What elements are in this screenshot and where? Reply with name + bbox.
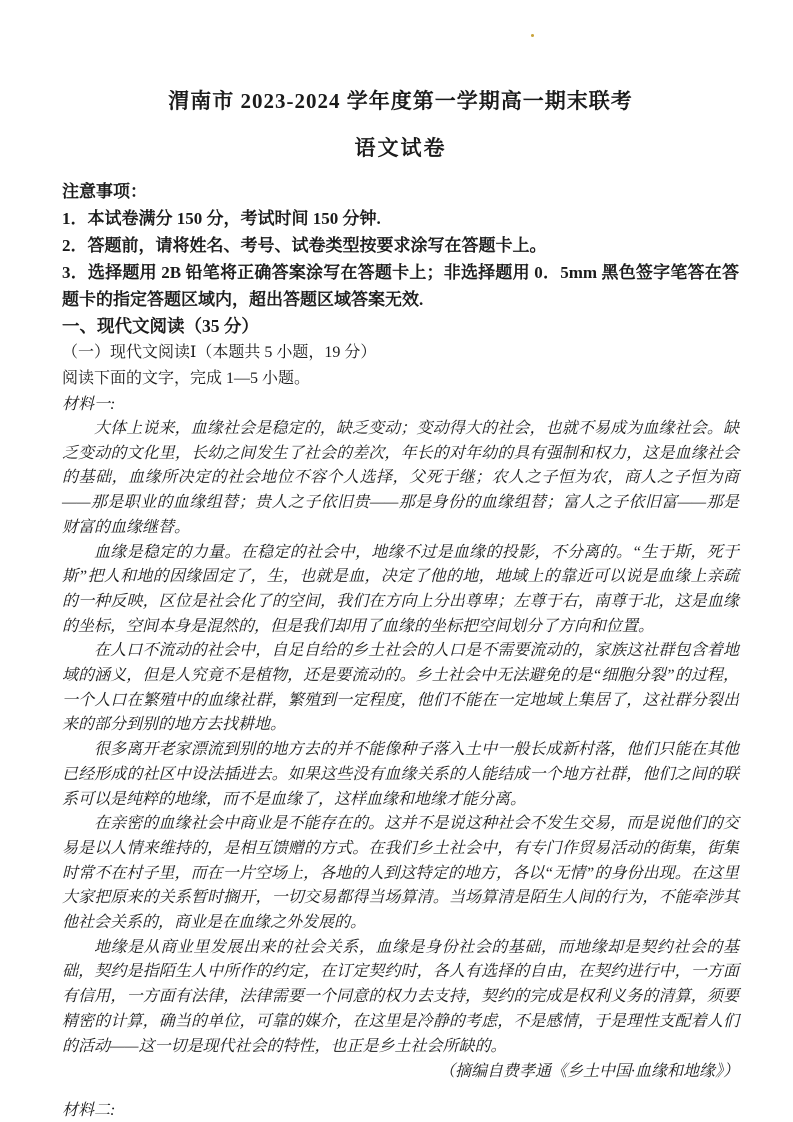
exam-subject-title: 语文试卷 <box>62 133 739 163</box>
exam-title: 渭南市 2023-2024 学年度第一学期高一期末联考 <box>62 86 739 116</box>
material-one-paragraph-5: 在亲密的血缘社会中商业是不能存在的。这并不是说这种社会不发生交易，而是说他们的交… <box>62 812 739 936</box>
exam-paper-page: 渭南市 2023-2024 学年度第一学期高一期末联考 语文试卷 注意事项： 1… <box>0 0 793 1122</box>
notice-block: 注意事项： 1．本试卷满分 150 分，考试时间 150 分钟. 2．答题前，请… <box>62 178 739 313</box>
notice-item-3: 3．选择题用 2B 铅笔将正确答案涂写在答题卡上；非选择题用 0．5mm 黑色签… <box>62 259 739 313</box>
material-one-paragraph-2: 血缘是稳定的力量。在稳定的社会中，地缘不过是血缘的投影，不分离的。“生于斯，死于… <box>62 541 739 640</box>
notice-heading: 注意事项： <box>62 178 739 205</box>
notice-item-1: 1．本试卷满分 150 分，考试时间 150 分钟. <box>62 205 739 232</box>
material-one-paragraph-3: 在人口不流动的社会中，自足自给的乡土社会的人口是不需要流动的，家族这社群包含着地… <box>62 639 739 738</box>
subsection-heading-reading-one: （一）现代文阅读Ⅰ（本题共 5 小题，19 分） <box>62 340 739 366</box>
source-attribution: （摘编自费孝通《乡土中国·血缘和地缘》） <box>62 1059 739 1084</box>
material-one-label: 材料一: <box>62 392 739 417</box>
section-heading-modern-reading: 一、现代文阅读（35 分） <box>62 313 739 340</box>
material-one-paragraph-4: 很多离开老家漂流到别的地方去的并不能像种子落入土中一般长成新村落，他们只能在其他… <box>62 738 739 812</box>
notice-item-2: 2．答题前，请将姓名、考号、试卷类型按要求涂写在答题卡上。 <box>62 232 739 259</box>
material-one-paragraph-6: 地缘是从商业里发展出来的社会关系，血缘是身份社会的基础，而地缘却是契约社会的基础… <box>62 936 739 1060</box>
material-two-label: 材料二: <box>62 1098 739 1122</box>
reading-instruction: 阅读下面的文字，完成 1—5 小题。 <box>62 366 739 392</box>
material-one-text: 大体上说来，血缘社会是稳定的，缺乏变动；变动得大的社会，也就不易成为血缘社会。缺… <box>62 417 739 1059</box>
scan-speck-artifact <box>531 34 534 37</box>
material-one-paragraph-1: 大体上说来，血缘社会是稳定的，缺乏变动；变动得大的社会，也就不易成为血缘社会。缺… <box>62 417 739 541</box>
